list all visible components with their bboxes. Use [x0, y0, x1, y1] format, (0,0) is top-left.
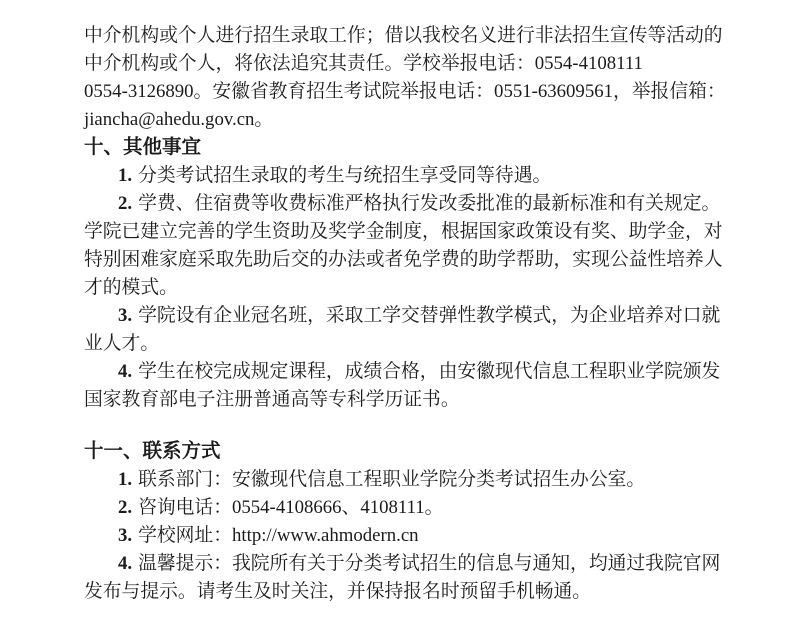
- list-item: 4.学生在校完成规定课程，成绩合格，由安徽现代信息工程职业学院颁发: [84, 358, 726, 386]
- list-item: 2.咨询电话：0554-4108666、4108111。: [84, 494, 726, 522]
- contact-phone-text: 咨询电话：0554-4108666、4108111。: [138, 497, 443, 518]
- item-number: 3.: [118, 305, 132, 326]
- item-continuation-line: 发布与提示。请考生及时关注，并保持报名时预留手机畅通。: [84, 578, 726, 606]
- item-number: 2.: [118, 497, 132, 518]
- item-continuation-line: 才的模式。: [84, 274, 726, 302]
- list-item: 1.分类考试招生录取的考生与统招生享受同等待遇。: [84, 162, 726, 190]
- item-text: 学费、住宿费等收费标准严格执行发改委批准的最新标准和有关规定。: [138, 193, 720, 214]
- item-text: 温馨提示：我院所有关于分类考试招生的信息与通知，均通过我院官网: [138, 553, 720, 574]
- item-continuation-line: 学院已建立完善的学生资助及奖学金制度，根据国家政策设有奖、助学金，对: [84, 218, 726, 246]
- item-continuation-line: 特别困难家庭采取先助后交的办法或者免学费的助学帮助，实现公益性培养人: [84, 246, 726, 274]
- section-heading-other: 十、其他事宜: [84, 134, 726, 162]
- item-text: 学院设有企业冠名班，采取工学交替弹性教学模式，为企业培养对口就: [138, 305, 720, 326]
- item-number: 1.: [118, 165, 132, 186]
- item-number: 1.: [118, 469, 132, 490]
- list-item: 3.学校网址：http://www.ahmodern.cn: [84, 522, 726, 550]
- item-continuation-line: 业人才。: [84, 330, 726, 358]
- item-number: 4.: [118, 361, 132, 382]
- paragraph-line: 中介机构或个人，将依法追究其责任。学校举报电话：0554-4108111: [84, 50, 726, 78]
- section-heading-contact: 十一、联系方式: [84, 438, 726, 466]
- website-url-text: 学校网址：http://www.ahmodern.cn: [138, 525, 418, 546]
- list-item: 1.联系部门：安徽现代信息工程职业学院分类考试招生办公室。: [84, 466, 726, 494]
- document-page: 中介机构或个人进行招生录取工作；借以我校名义进行非法招生宣传等活动的 中介机构或…: [0, 0, 803, 637]
- paragraph-line: 0554-3126890。安徽省教育招生考试院举报电话：0551-6360956…: [84, 78, 726, 106]
- contact-department-text: 联系部门：安徽现代信息工程职业学院分类考试招生办公室。: [138, 469, 645, 490]
- item-text: 分类考试招生录取的考生与统招生享受同等待遇。: [138, 165, 551, 186]
- list-item: 3.学院设有企业冠名班，采取工学交替弹性教学模式，为企业培养对口就: [84, 302, 726, 330]
- item-number: 4.: [118, 553, 132, 574]
- item-continuation-line: 国家教育部电子注册普通高等专科学历证书。: [84, 386, 726, 414]
- item-number: 2.: [118, 193, 132, 214]
- paragraph-line: 中介机构或个人进行招生录取工作；借以我校名义进行非法招生宣传等活动的: [84, 22, 726, 50]
- item-number: 3.: [118, 525, 132, 546]
- item-text: 学生在校完成规定课程，成绩合格，由安徽现代信息工程职业学院颁发: [138, 361, 720, 382]
- list-item: 4.温馨提示：我院所有关于分类考试招生的信息与通知，均通过我院官网: [84, 550, 726, 578]
- list-item: 2.学费、住宿费等收费标准严格执行发改委批准的最新标准和有关规定。: [84, 190, 726, 218]
- document-content: 中介机构或个人进行招生录取工作；借以我校名义进行非法招生宣传等活动的 中介机构或…: [84, 22, 726, 606]
- report-email-text: jiancha@ahedu.gov.cn。: [84, 106, 726, 134]
